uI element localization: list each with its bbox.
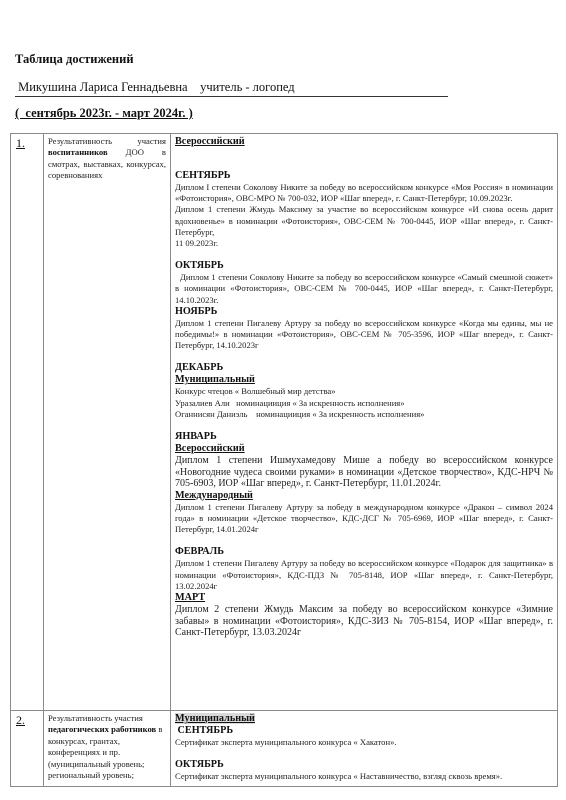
level-heading: Всероссийский — [175, 443, 553, 455]
row-achievements: Муниципальный СЕНТЯБРЬ Сертификат экспер… — [171, 711, 558, 787]
level-heading: Всероссийский — [175, 136, 553, 148]
description-bold: воспитанников — [48, 147, 108, 157]
entry: 11 09.2023г. — [175, 238, 553, 249]
row-achievements: Всероссийский СЕНТЯБРЬ Диплом I степени … — [171, 134, 558, 711]
description-bold: педагогических работников — [48, 724, 156, 734]
level-heading: Муниципальный — [175, 374, 553, 386]
month-heading: ОКТЯБРЬ — [175, 759, 553, 771]
person-name-position: Микушина Лариса Геннадьевна учитель - ло… — [15, 80, 448, 97]
table-row: 1. Результативность участия воспитаннико… — [11, 134, 558, 711]
entry: Диплом 1 степени Жмудь Максиму за участи… — [175, 204, 553, 238]
entry: Конкурс чтецов « Волшебный мир детства» — [175, 386, 553, 397]
achievements-table: 1. Результативность участия воспитаннико… — [10, 133, 558, 787]
month-heading: НОЯБРЬ — [175, 306, 553, 318]
entry: Диплом I степени Соколову Никите за побе… — [175, 182, 553, 204]
entry: Диплом 1 степени Соколову Никите за побе… — [175, 272, 553, 306]
entry: Диплом 1 степени Пигалеву Артуру за побе… — [175, 318, 553, 352]
description-text: Результативность участия — [48, 713, 143, 723]
row-number: 1. — [11, 134, 44, 711]
entry: Диплом 1 степени Пигалеву Артуру за побе… — [175, 558, 553, 592]
month-heading: СЕНТЯБРЬ — [175, 170, 553, 182]
document-title: Таблица достижений — [15, 52, 134, 67]
level-heading: Международный — [175, 490, 553, 502]
month-heading: СЕНТЯБРЬ — [175, 725, 553, 737]
month-heading: ДЕКАБРЬ — [175, 362, 553, 374]
reporting-period: ( сентябрь 2023г. - март 2024г. ) — [15, 106, 193, 121]
month-heading: МАРТ — [175, 592, 553, 604]
entry: Диплом 2 степени Жмудь Максим за победу … — [175, 604, 553, 639]
entry: Диплом 1 степени Ишмухамедову Мише а поб… — [175, 455, 553, 490]
row-description: Результативность участия воспитанников Д… — [44, 134, 171, 711]
entry: Сертификат эксперта муниципального конку… — [175, 771, 553, 782]
entry: Диплом 1 степени Пигалеву Артуру за побе… — [175, 502, 553, 536]
month-heading: ЯНВАРЬ — [175, 431, 553, 443]
row-number: 2. — [11, 711, 44, 787]
month-heading: ОКТЯБРЬ — [175, 260, 553, 272]
row-description: Результативность участия педагогических … — [44, 711, 171, 787]
entry: Сертификат эксперта муниципального конку… — [175, 737, 553, 748]
level-heading: Муниципальный — [175, 713, 255, 724]
entry: Уразалиев Али номинацииция « За искренно… — [175, 398, 553, 409]
entry: Оганнисян Даниэль номинацииция « За искр… — [175, 409, 553, 420]
table-row: 2. Результативность участия педагогическ… — [11, 711, 558, 787]
description-text: Результативность участия — [48, 136, 166, 146]
month-heading: ФЕВРАЛЬ — [175, 546, 553, 558]
